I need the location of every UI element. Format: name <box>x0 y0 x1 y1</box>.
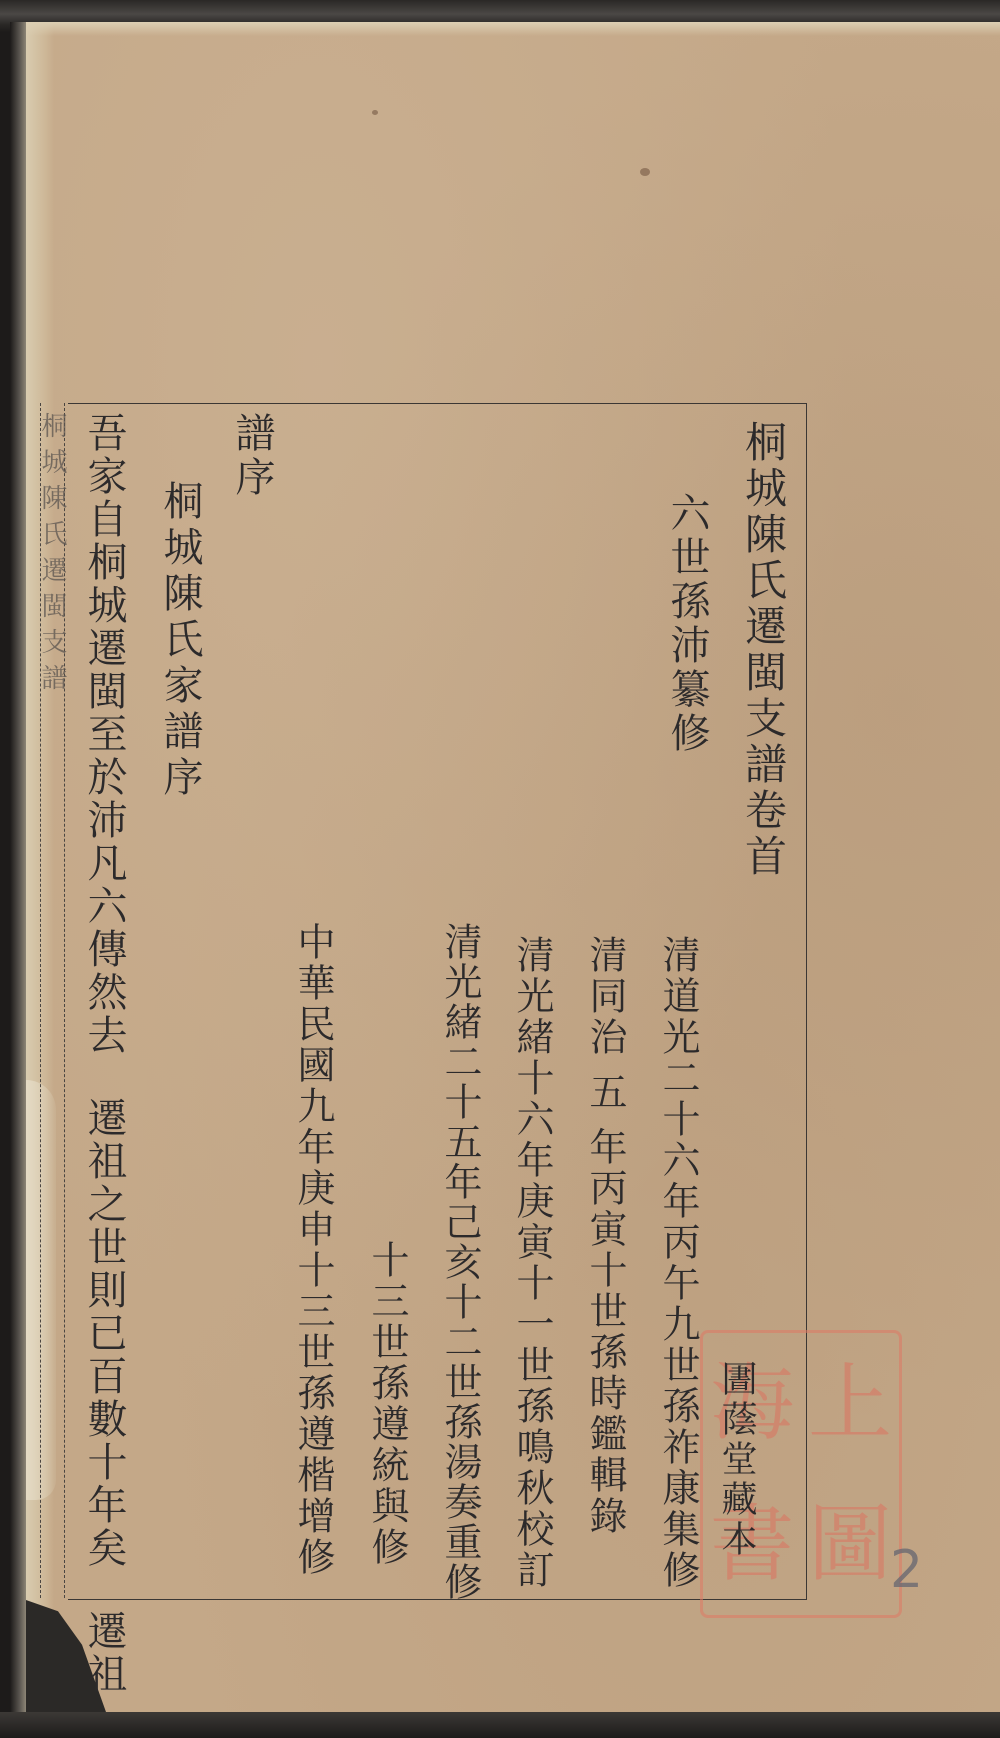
scanned-page: 桐城陳氏遷閩支譜 桐城陳氏遷閩支譜卷首 六世孫沛纂修 清道光二十六年丙午九世孫祚… <box>0 0 1000 1738</box>
paper-spot <box>640 168 650 176</box>
edition-record-2: 清同治五年丙寅十世孫時鑑輯錄 <box>586 935 624 1537</box>
preface-text-line-1: 吾家自桐城遷閩至於沛凡六傳然去 <box>81 412 127 1057</box>
preface-text: 吾家自桐城遷閩至於沛凡六傳然去遷祖之世則已百數十年矣遷祖 <box>84 412 124 1696</box>
book-spine <box>10 22 26 1722</box>
edition-record-6: 中華民國九年庚申十三世孫遵楷增修 <box>294 922 332 1578</box>
preface-title: 桐城陳氏家譜序 <box>160 480 200 802</box>
edition-record-5: 十三世孫遵統與修 <box>368 1240 406 1568</box>
section-heading: 譜序 <box>232 412 272 500</box>
paper-spot <box>372 110 378 115</box>
collection-mark: 圕蔭堂藏本 <box>718 1360 754 1560</box>
page-edge-top <box>26 22 1000 36</box>
margin-label: 桐城陳氏遷閩支譜 <box>34 412 71 700</box>
handwritten-page-number: 2 <box>890 1540 923 1600</box>
edition-record-1: 清道光二十六年丙午九世孫祚康集修 <box>659 935 697 1591</box>
edition-record-2-dynasty: 清同治 <box>583 935 627 1058</box>
preface-text-line-2: 遷祖之世則已百數十年矣 <box>81 1097 127 1570</box>
preface-text-line-3: 遷祖 <box>81 1610 127 1696</box>
edition-record-2-rest: 年丙寅十世孫時鑑輯錄 <box>583 1127 627 1537</box>
edition-record-4: 清光緒二十五年己亥十二世孫湯奏重修 <box>441 922 479 1602</box>
edition-record-3: 清光緒十六年庚寅十一世孫鳴秋校訂 <box>513 935 551 1591</box>
edition-record-2-year: 五 <box>583 1072 627 1113</box>
volume-title: 桐城陳氏遷閩支譜卷首 <box>742 420 784 880</box>
compiler-line: 六世孫沛纂修 <box>667 492 707 756</box>
scan-border <box>0 1712 1000 1738</box>
